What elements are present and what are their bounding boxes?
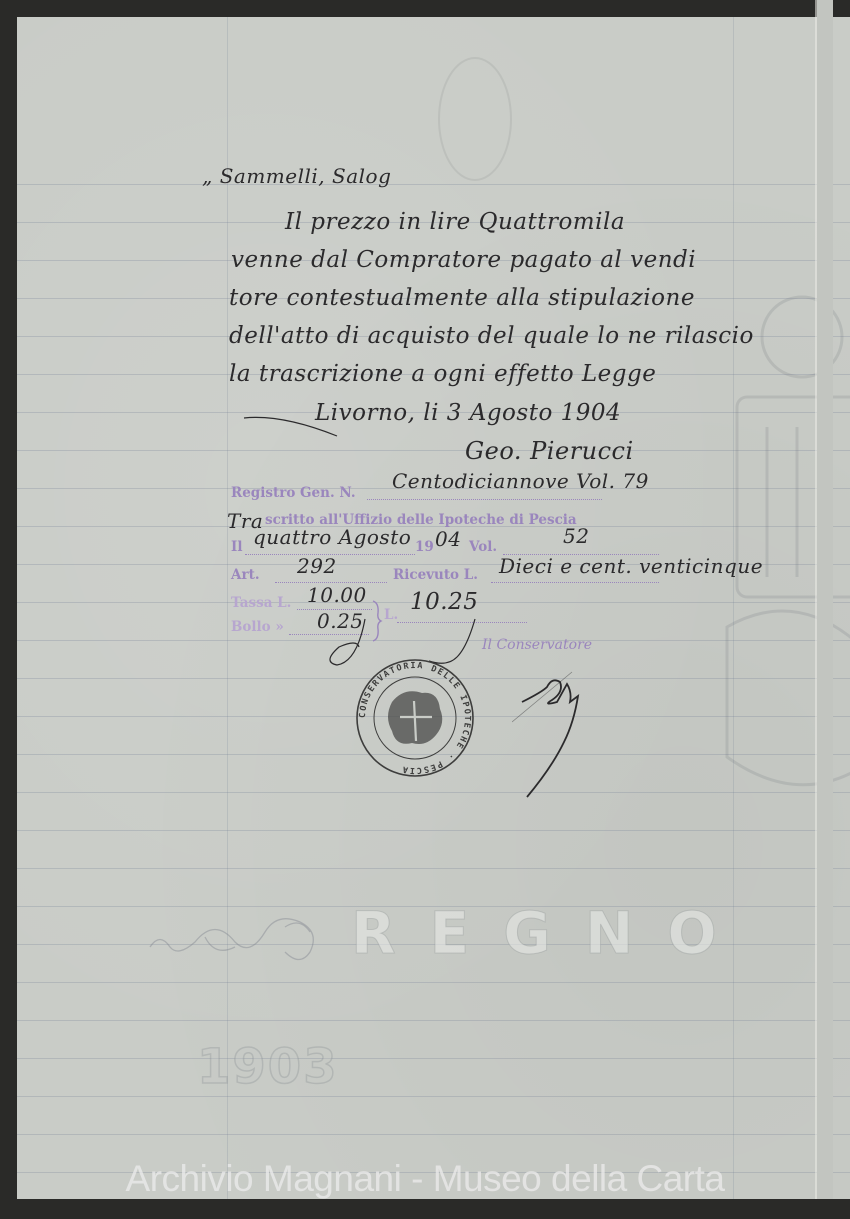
letter-line-2: Il prezzo in lire Quattromila — [285, 209, 625, 235]
registro-value: Centodiciannove Vol. 79 — [392, 469, 649, 493]
watermark-oval-figure — [438, 57, 512, 181]
ruled-line — [17, 1020, 850, 1021]
date-line: Livorno, li 3 Agosto 1904 — [315, 400, 621, 426]
art-label: Art. — [231, 567, 260, 583]
ruled-line — [17, 868, 850, 869]
letter-line-1: „ Sammelli, Salog — [202, 164, 391, 188]
il-label: Il — [231, 539, 242, 555]
letter-line-5: dell'atto di acquisto del quale lo ne ri… — [229, 323, 754, 349]
total-value: 10.25 — [410, 589, 478, 615]
ruled-line — [17, 1058, 850, 1059]
letter-line-6: la trascrizione a ogni effetto Legge — [229, 361, 656, 387]
letter-line-4: tore contestualmente alla stipulazione — [229, 285, 695, 311]
ruled-line — [17, 982, 850, 983]
watermark-regno: REGNO — [351, 899, 751, 967]
signature-notary: Geo. Pierucci — [465, 437, 634, 465]
scan-border-bottom — [0, 1199, 850, 1219]
vol-label: Vol. — [469, 539, 497, 555]
ruled-line — [17, 184, 850, 185]
bollo-label: Bollo » — [231, 619, 284, 635]
watermark-year: 1903 — [197, 1039, 339, 1095]
il-date-value: quattro Agosto — [253, 525, 411, 549]
art-value: 292 — [297, 554, 337, 578]
registro-label: Registro Gen. N. — [231, 485, 356, 501]
conservatoria-seal-icon: CONSERVATORIA DELLE IPOTECHE · PESCIA — [354, 657, 476, 779]
scan-border-left — [0, 0, 17, 1219]
scan-border-top — [0, 0, 850, 17]
registro-dotted-line — [367, 499, 602, 500]
tassa-label: Tassa L. — [231, 595, 291, 611]
ricevuto-dotted-line — [491, 582, 659, 583]
ruled-line — [17, 1134, 850, 1135]
watermark-scroll-ornament-icon — [145, 907, 355, 967]
conservatore-label: Il Conservatore — [482, 637, 592, 653]
year-value: 04 — [435, 527, 461, 551]
archive-caption: Archivio Magnani - Museo della Carta — [0, 1158, 850, 1200]
paper-right-edge — [817, 0, 833, 1219]
letter-line-3: venne dal Compratore pagato al vendi — [231, 247, 696, 273]
ruled-line — [17, 1096, 850, 1097]
ricevuto-value: Dieci e cent. venticinque — [499, 554, 763, 578]
signature-conservatore — [512, 662, 602, 802]
margin-line-left — [227, 17, 228, 1199]
ricevuto-label: Ricevuto L. — [393, 567, 478, 583]
document-page: REGNO 1903 „ Sammelli, Salog Il prezzo i… — [17, 17, 850, 1199]
vol-value: 52 — [563, 524, 589, 548]
ruled-line — [17, 830, 850, 831]
year-prefix: 19 — [415, 539, 434, 555]
tassa-value: 10.00 — [307, 583, 367, 607]
